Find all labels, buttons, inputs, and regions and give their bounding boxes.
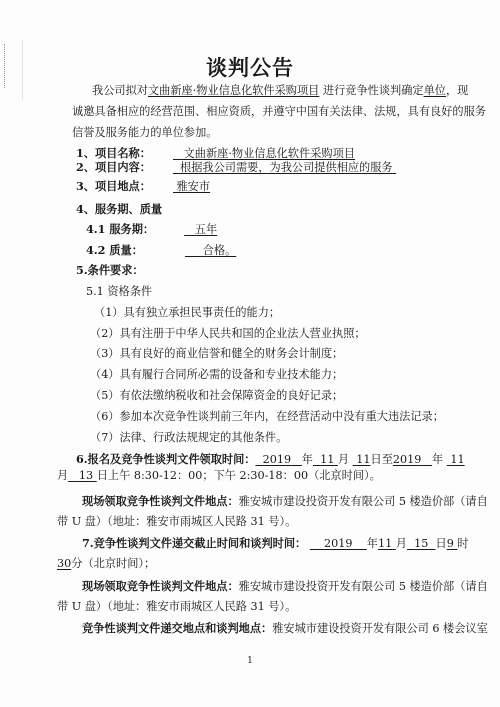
item-project-name: 1、项目名称： 文曲新座·物业信息化软件采购项目 [76, 146, 355, 161]
hour-char: 时 [457, 537, 468, 550]
intro-middle: 进行竞争性谈判确定 [319, 84, 423, 97]
month-char: 月 [338, 453, 349, 466]
intro-line-2: 诚邀具备相应的经营范围、相应资质，并遵守中国有关法律、法规，具有良好的服务 [72, 105, 486, 119]
intro-unit: 单位 [424, 84, 446, 97]
day-char: 日 [435, 537, 446, 550]
item-label: 2、项目内容： [76, 160, 151, 174]
service-period-value: 五年 [184, 223, 217, 236]
intro-prefix: 我公司拟对 [92, 84, 148, 97]
year-char: 年 [302, 453, 313, 466]
condition-2: （2）具有注册于中华人民共和国的企业法人营业执照； [90, 327, 366, 341]
pickup-label: 现场领取竞争性谈判文件地点： [82, 494, 239, 508]
start-month: 11 [313, 453, 338, 466]
deadline-hour: 9 [447, 537, 458, 550]
start-year: 2019 [256, 453, 302, 466]
item-project-location: 3、项目地点： 雅安市 [76, 179, 210, 194]
section7-label: 7.竞争性谈判文件递交截止时间和谈判时间： [82, 536, 306, 550]
pickup-value: 雅安城市建设投资开发有限公司 5 楼造价部（请自 [239, 495, 488, 508]
quality-value: 合格。 [185, 244, 236, 257]
item-value: 雅安市 [173, 180, 210, 193]
minute-suffix: 分（北京时间）； [71, 557, 155, 570]
month-char: 月 [396, 537, 407, 550]
section6-pickup-line-2: 带 U 盘）（地址：雅安市雨城区人民路 31 号）。 [57, 515, 296, 529]
service-period-label: 4.1 服务期： [86, 222, 154, 236]
submit-value: 雅安城市建设投资开发有限公司 6 楼会议室 [272, 622, 488, 635]
condition-4: （4）具有履行合同所必需的设备和专业技术能力； [90, 368, 343, 382]
intro-suffix: ，现 [446, 84, 468, 97]
start-day: 11 [353, 453, 371, 466]
section6-time-line-1: 6.报名及竞争性谈判文件领取时间： 2019 年 11 月 11日至2019 年… [76, 452, 465, 467]
submit-label: 竞争性谈判文件递交地点和谈判地点： [82, 621, 272, 635]
condition-5: （5）有依法缴纳税收和社会保障资金的良好记录； [90, 389, 343, 403]
deadline-year: 2019 [310, 537, 367, 550]
section5-subheading: 5.1 资格条件 [86, 285, 152, 299]
item-project-content: 2、项目内容： 根据我公司需要，为我公司提供相应的服务 [76, 160, 396, 175]
condition-1: （1）具有独立承担民事责任的能力； [94, 306, 280, 320]
section6-label: 6.报名及竞争性谈判文件领取时间： [76, 452, 256, 466]
day-to: 日至 [371, 453, 393, 466]
quality-label: 4.2 质量： [86, 243, 143, 257]
section6-pickup-line-1: 现场领取竞争性谈判文件地点：雅安城市建设投资开发有限公司 5 楼造价部（请自 [82, 494, 488, 509]
deadline-month: 11 [378, 537, 396, 550]
section7-pickup-line-2: 带 U 盘）（地址：雅安市雨城区人民路 31 号）。 [57, 600, 296, 614]
section7-time-line-1: 7.竞争性谈判文件递交截止时间和谈判时间： 2019 年11 月 15 日9 时 [82, 536, 469, 551]
section4-heading: 4、服务期、质量 [76, 202, 162, 216]
year-char: 年 [432, 453, 443, 466]
item-label: 1、项目名称： [76, 146, 151, 160]
year-char: 年 [367, 537, 378, 550]
end-day: 13 [68, 469, 96, 482]
end-year: 2019 [393, 453, 432, 466]
page-number: 1 [0, 656, 500, 666]
section7-submit-line: 竞争性谈判文件递交地点和谈判地点：雅安城市建设投资开发有限公司 6 楼会议室 [82, 621, 488, 636]
item-value: 文曲新座·物业信息化软件采购项目 [173, 147, 355, 160]
condition-3: （3）具有良好的商业信誉和健全的财务会计制度； [90, 347, 343, 361]
quality: 4.2 质量： 合格。 [86, 243, 236, 258]
pickup-label: 现场领取竞争性谈判文件地点： [82, 579, 239, 593]
section7-pickup-line-1: 现场领取竞争性谈判文件地点：雅安城市建设投资开发有限公司 5 楼造价部（请自 [82, 579, 488, 594]
month-char: 月 [57, 469, 68, 482]
deadline-day: 15 [407, 537, 436, 550]
end-month: 11 [447, 453, 465, 466]
item-label: 3、项目地点： [76, 179, 151, 193]
section7-time-line-2: 30分（北京时间）； [57, 557, 155, 571]
intro-line-1: 我公司拟对文曲新座·物业信息化软件采购项目 进行竞争性谈判确定单位，现 [92, 84, 468, 98]
condition-7: （7）法律、行政法规规定的其他条件。 [90, 431, 287, 445]
service-period: 4.1 服务期： 五年 [86, 222, 217, 237]
intro-project-name: 文曲新座·物业信息化软件采购项目 [148, 84, 319, 97]
page-title: 谈判公告 [0, 52, 500, 82]
intro-line-3: 信誉及服务能力的单位参加。 [72, 126, 217, 140]
section5-heading: 5.条件要求： [76, 263, 144, 277]
deadline-minute: 30 [57, 557, 71, 570]
section6-time-line-2: 月 13 日上午 8:30-12：00；下午 2:30-18：00（北京时间）。 [57, 469, 381, 483]
pickup-value: 雅安城市建设投资开发有限公司 5 楼造价部（请自 [239, 580, 488, 593]
item-value: 根据我公司需要，为我公司提供相应的服务 [173, 161, 396, 174]
office-hours: 上午 8:30-12：00；下午 2:30-18：00（北京时间）。 [108, 469, 381, 482]
day-char: 日 [97, 469, 108, 482]
document-page: 谈判公告 我公司拟对文曲新座·物业信息化软件采购项目 进行竞争性谈判确定单位，现… [0, 0, 500, 707]
condition-6: （6）参加本次竞争性谈判前三年内，在经营活动中没有重大违法记录； [90, 410, 444, 424]
